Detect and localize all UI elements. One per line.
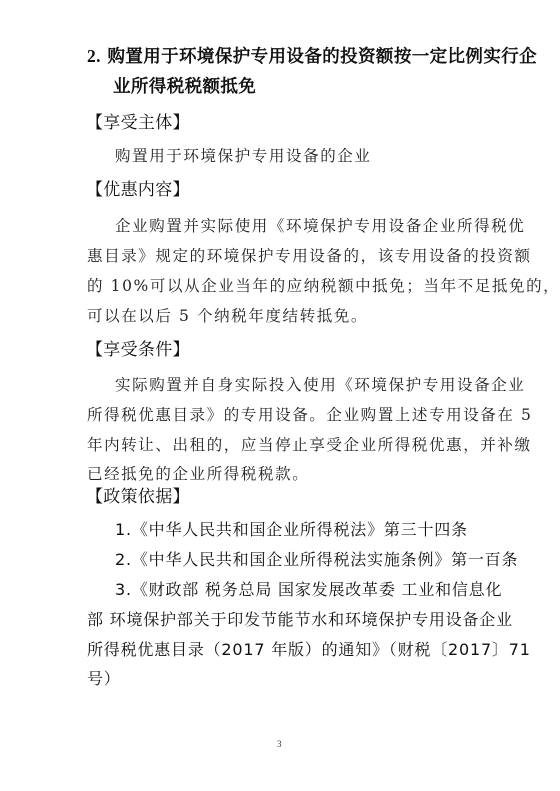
basis-line: 部 环境保护部关于印发节能节水和环境保护专用设备企业 (87, 610, 513, 630)
basis-line: 3.《财政部 税务总局 国家发展改革委 工业和信息化 (115, 580, 502, 600)
section-title-line-2: 业所得税税额抵免 (113, 77, 256, 97)
basis-line: 1.《中华人民共和国企业所得税法》第三十四条 (115, 520, 468, 540)
conditions-line: 已经抵免的企业所得税税款。 (87, 464, 309, 484)
section-number: 2. (87, 46, 101, 66)
content-line: 企业购置并实际使用《环境保护专用设备企业所得税优 (115, 216, 525, 236)
section-title-text: 购置用于环境保护专用设备的投资额按一定比例实行企 (107, 47, 537, 67)
page-number: 3 (277, 739, 282, 749)
basis-heading: 【政策依据】 (86, 487, 190, 507)
section-title-line-1: 2. 购置用于环境保护专用设备的投资额按一定比例实行企 (87, 46, 537, 67)
basis-line: 所得税优惠目录（2017 年版）的通知》（财税〔2017〕71 (87, 640, 531, 660)
content-heading: 【优惠内容】 (86, 180, 190, 200)
content-line: 惠目录》规定的环境保护专用设备的，该专用设备的投资额 (87, 246, 532, 266)
subject-heading: 【享受主体】 (86, 113, 190, 133)
content-line: 可以在以后 5 个纳税年度结转抵免。 (87, 306, 368, 326)
conditions-line: 年内转让、出租的，应当停止享受企业所得税优惠，并补缴 (87, 435, 532, 455)
conditions-line: 实际购置并自身实际投入使用《环境保护专用设备企业 (115, 375, 525, 395)
document-page: 2. 购置用于环境保护专用设备的投资额按一定比例实行企 业所得税税额抵免 【享受… (0, 0, 560, 791)
basis-line: 2.《中华人民共和国企业所得税法实施条例》第一百条 (115, 550, 518, 570)
basis-line: 号） (87, 669, 121, 689)
content-line: 的 10%可以从企业当年的应纳税额中抵免；当年不足抵免的， (87, 276, 560, 296)
conditions-heading: 【享受条件】 (86, 340, 190, 360)
subject-line: 购置用于环境保护专用设备的企业 (115, 146, 372, 166)
conditions-line: 所得税优惠目录》的专用设备。企业购置上述专用设备在 5 (87, 405, 533, 425)
